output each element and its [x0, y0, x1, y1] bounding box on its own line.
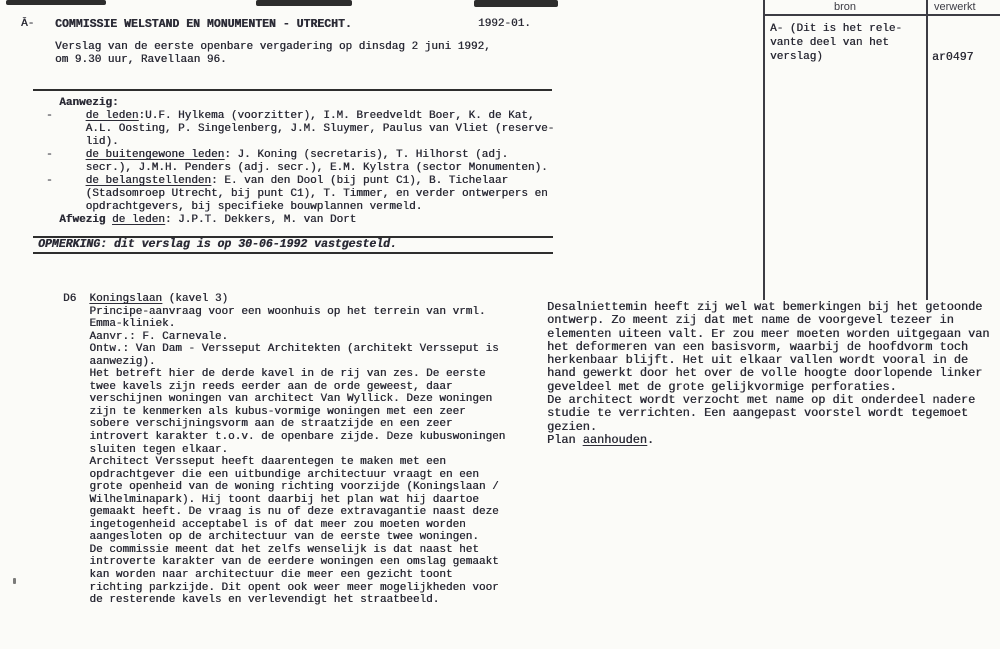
remark-line: OPMERKING: dit verslag is op 30-06-1992 …: [38, 238, 397, 251]
stamp-column-header-verwerkt: verwerkt: [934, 1, 976, 13]
scanned-document-page: Ā- COMMISSIE WELSTAND EN MONUMENTEN - UT…: [0, 0, 1000, 649]
scan-artifact: [256, 0, 352, 6]
stamp-table-middle-border: [926, 0, 928, 300]
document-title: COMMISSIE WELSTAND EN MONUMENTEN - UTREC…: [55, 18, 352, 31]
stamp-column-header-bron: bron: [764, 1, 926, 13]
stamp-bron-note: A- (Dit is het rele-vante deel van hetve…: [770, 22, 902, 64]
horizontal-rule: [33, 89, 552, 91]
agenda-item-left-column: D6 Koningslaan (kavel 3) Principe-aanvra…: [63, 293, 505, 607]
agenda-item-right-column: Desalniettemin heeft zij wel wat bemerki…: [547, 301, 989, 447]
horizontal-rule: [33, 252, 553, 254]
scan-artifact: [6, 0, 106, 5]
scan-speck: [13, 578, 16, 584]
margin-annotation: Ā-: [21, 18, 34, 30]
document-issue-number: 1992-01.: [478, 18, 531, 30]
attendance-list: Aanwezig:- de leden:U.F. Hylkema (voorzi…: [46, 97, 554, 227]
stamp-table-header-rule: [763, 14, 1000, 16]
stamp-verwerkt-code: ar0497: [932, 51, 973, 64]
stamp-table-left-border: [763, 0, 765, 300]
scan-artifact: [474, 0, 558, 7]
meeting-subtitle: Verslag van de eerste openbare vergaderi…: [55, 41, 491, 67]
